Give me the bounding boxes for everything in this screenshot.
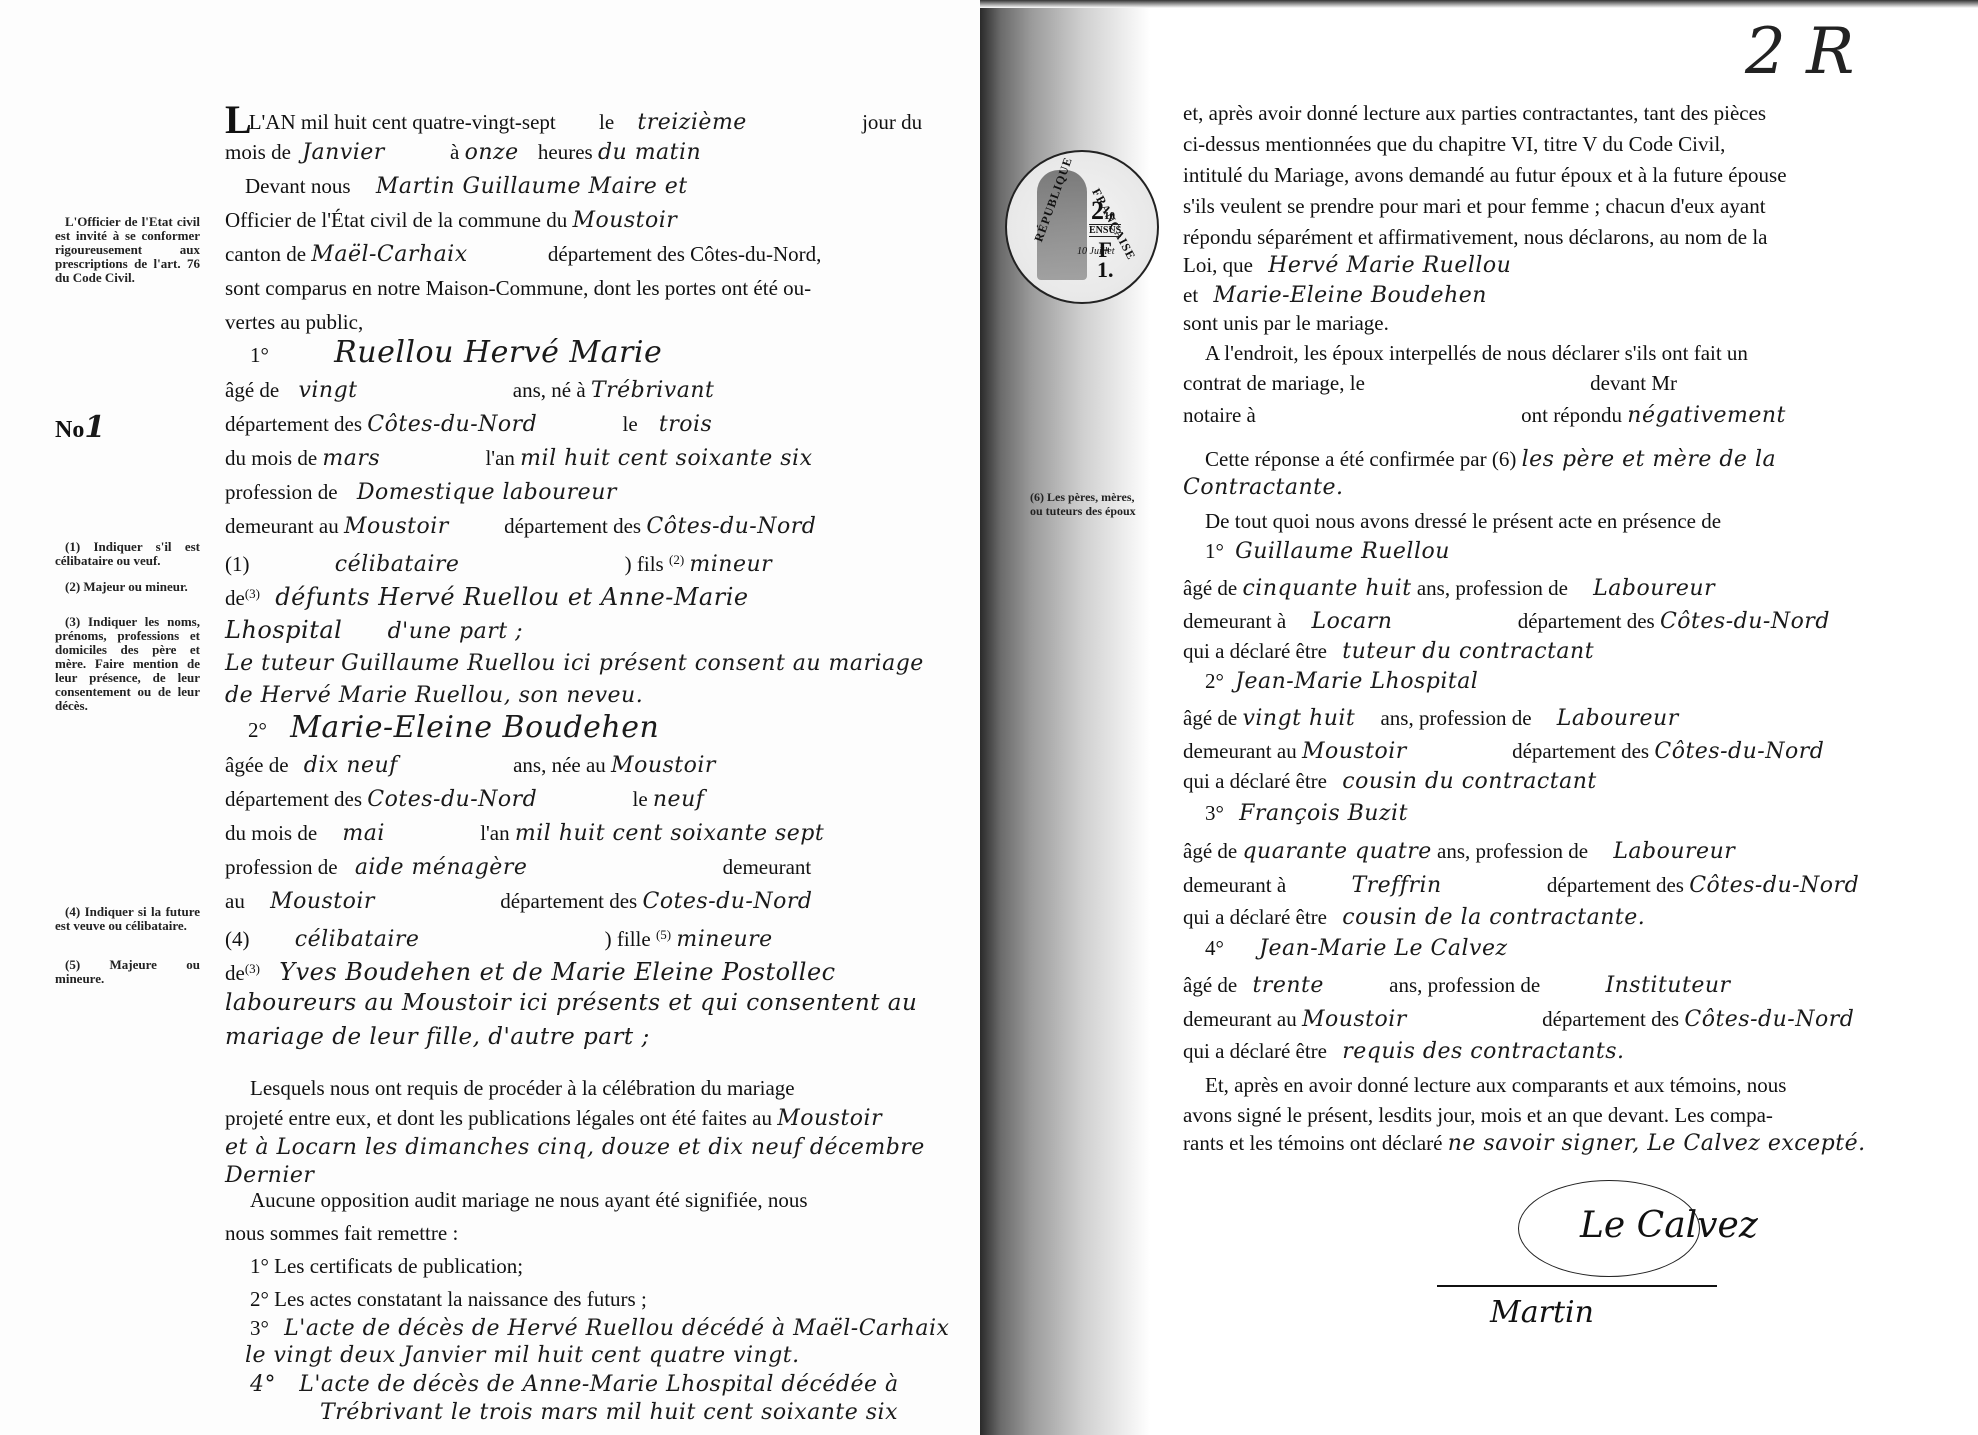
witness-3-age-line: âgé de quarante quatre ans, profession d…: [1183, 838, 1735, 865]
witness-1-age: cinquante huit: [1242, 576, 1411, 601]
ref-2: (2): [669, 552, 684, 567]
ref-5: (5): [656, 927, 671, 942]
bride-age: dix neuf: [304, 753, 398, 778]
profession-label: ans, profession de: [1437, 839, 1588, 863]
left-page: L'Officier de l'Etat civil est invité à …: [0, 0, 980, 1435]
notaire-label: notaire à: [1183, 403, 1256, 427]
bride-name-line: 2° Marie-Eleine Boudehen: [248, 715, 659, 743]
act-number-value: 1: [84, 410, 105, 445]
age-label: âgé de: [1183, 973, 1237, 997]
residence-prefix: à: [1277, 609, 1286, 633]
witness-2-dept: Côtes-du-Nord: [1654, 739, 1824, 764]
doc-ordinal: 3°: [250, 1316, 269, 1340]
margin-note-3: (3) Indiquer les noms, prénoms, professi…: [55, 615, 200, 713]
bride-name: Marie-Eleine Boudehen: [290, 710, 659, 745]
witness-2-profession: Laboureur: [1557, 706, 1679, 731]
bride-majority: mineure: [676, 927, 772, 952]
bride-month-line: du mois de mai l'an mil huit cent soixan…: [225, 820, 824, 847]
au-label: au: [225, 889, 245, 913]
profession-label: profession de: [225, 480, 338, 504]
bride-parents: Yves Boudehen et de Marie Eleine Postoll…: [279, 958, 835, 986]
declare-label: qui a déclaré être: [1183, 639, 1327, 663]
dept-label: département des: [1518, 609, 1655, 633]
lan-label: l'an: [485, 446, 514, 470]
groom-birth-dept: Côtes-du-Nord: [367, 412, 537, 437]
le-label: le: [632, 787, 647, 811]
bride-profession: aide ménagère: [355, 855, 528, 880]
bride-parents-line-2: laboureurs au Moustoir ici présents et q…: [225, 990, 917, 1016]
margin-note-1: (1) Indiquer s'il est célibataire ou veu…: [55, 540, 200, 568]
fille-label: ) fille: [605, 927, 651, 951]
closing-line-2: avons signé le présent, lesdits jour, mo…: [1183, 1102, 1773, 1128]
confirmed-line-2: Contractante.: [1183, 475, 1344, 501]
intro-line-1: LL'AN mil huit cent quatre-vingt-sept le…: [225, 105, 922, 136]
bride-residence: Moustoir: [270, 889, 375, 914]
reading-line-5: répondu séparément et affirmativement, n…: [1183, 224, 1768, 250]
witness-ordinal: 1°: [1205, 539, 1224, 563]
witness-2-relation: cousin du contractant: [1342, 769, 1596, 794]
groom-age-line: âgé de vingt ans, né à Trébrivant: [225, 377, 714, 404]
witness-4-name: Jean-Marie Le Calvez: [1259, 936, 1507, 961]
jour-du-label: jour du: [862, 110, 922, 134]
witness-2-relation-line: qui a déclaré être cousin du contractant: [1183, 768, 1597, 795]
loi-que-label: Loi, que: [1183, 253, 1253, 277]
profession-label: ans, profession de: [1417, 576, 1568, 600]
margin-note-2: (2) Majeur ou mineur.: [55, 580, 200, 594]
le-label: le: [622, 412, 637, 436]
bride-birth-month: mai: [342, 821, 385, 846]
witness-4-relation: requis des contractants.: [1342, 1039, 1624, 1064]
folio-mark: 2 R: [1745, 15, 1854, 89]
contract-line-3: notaire à ont répondu négativement: [1183, 402, 1786, 429]
bride-parents-line-1: de(3) Yves Boudehen et de Marie Eleine P…: [225, 956, 836, 986]
signing-note: ne savoir signer, Le Calvez excepté.: [1448, 1131, 1866, 1156]
witness-ordinal: 4°: [1205, 936, 1224, 960]
age-label: âgé de: [1183, 839, 1237, 863]
du-mois-de-label: du mois de: [225, 821, 317, 845]
confirmed-label: Cette réponse a été confirmée par: [1205, 447, 1487, 471]
de-label: de: [225, 586, 245, 610]
witness-1-relation: tuteur du contractant: [1342, 639, 1594, 664]
witness-3-relation: cousin de la contractante.: [1342, 905, 1645, 930]
et-bride-line: et Marie-Eleine Boudehen: [1183, 282, 1487, 309]
de-label: de: [225, 961, 245, 985]
groom-birthplace: Trébrivant: [591, 378, 714, 403]
witness-4-age: trente: [1252, 973, 1323, 998]
witness-1-residence: Locarn: [1311, 609, 1392, 634]
bride-birth-year: mil huit cent soixante sept: [515, 821, 824, 846]
publications-line-2: projeté entre eux, et dont les publicati…: [225, 1105, 882, 1132]
year-printed: L'AN mil huit cent quatre-vingt-sept: [249, 110, 556, 134]
tutor-consent-line-1: Le tuteur Guillaume Ruellou ici présent …: [225, 651, 924, 677]
groom-status: célibataire: [335, 552, 460, 577]
signature-le-calvez: Le Calvez: [1580, 1205, 1758, 1246]
witness-1-residence-line: demeurant à Locarn département des Côtes…: [1183, 608, 1830, 635]
demeurant-label: demeurant: [1183, 609, 1272, 633]
profession-label: profession de: [225, 855, 338, 879]
witness-3-name-line: 3° François Buzit: [1205, 800, 1408, 827]
canton-name: Maël-Carhaix: [311, 242, 467, 267]
reading-line-1: et, après avoir donné lecture aux partie…: [1183, 100, 1766, 126]
devant-label: devant Mr: [1590, 371, 1677, 395]
age-label: âgé de: [225, 378, 279, 402]
doc-ordinal: 4°: [250, 1372, 276, 1397]
groom-residence-line: demeurant au Moustoir département des Cô…: [225, 513, 816, 540]
groom-birth-year: mil huit cent soixante six: [520, 446, 812, 471]
demeurant-label: demeurant: [1183, 739, 1272, 763]
closing-printed: rants et les témoins ont déclaré: [1183, 1131, 1443, 1155]
witness-3-residence-line: demeurant à Treffrin département des Côt…: [1183, 872, 1859, 899]
groom-mother-surname: Lhospital: [225, 616, 342, 644]
tax-stamp: RÉPUBLIQUE FRANÇAISE 210 ENSUS F1. 10 Ju…: [1005, 150, 1159, 304]
bride-birth-day: neuf: [653, 787, 705, 812]
document-item-1: 1° Les certificats de publication;: [250, 1253, 523, 1279]
confirmed-line: Cette réponse a été confirmée par (6) le…: [1205, 446, 1776, 473]
publications-line-3: et à Locarn les dimanches cinq, douze et…: [225, 1135, 925, 1161]
residence-prefix: à: [1277, 873, 1286, 897]
intro-line-4: Officier de l'État civil de la commune d…: [225, 207, 677, 234]
witness-2-age: vingt huit: [1242, 706, 1355, 731]
opposition-line-2: nous sommes fait remettre :: [225, 1220, 458, 1246]
bride-residence-line: au Moustoir département des Cotes-du-Nor…: [225, 888, 812, 915]
stamp-value: 210: [1091, 200, 1115, 227]
declare-label: qui a déclaré être: [1183, 1039, 1327, 1063]
demeurant-label: demeurant: [1183, 873, 1272, 897]
witness-4-profession: Instituteur: [1605, 973, 1730, 998]
witness-2-residence: Moustoir: [1302, 739, 1407, 764]
commune-name: Moustoir: [572, 208, 677, 233]
contrat-label: contrat de mariage, le: [1183, 371, 1365, 395]
du-mois-de-label: du mois de: [225, 446, 317, 470]
witness-3-dept: Côtes-du-Nord: [1689, 873, 1859, 898]
dept-label: département des: [225, 787, 362, 811]
canton-label: canton de: [225, 242, 306, 266]
witness-ordinal: 3°: [1205, 801, 1224, 825]
intro-line-7: vertes au public,: [225, 309, 363, 335]
departement-printed: département des Côtes-du-Nord,: [548, 242, 822, 266]
groom-ordinal: 1°: [250, 343, 269, 367]
lan-label: l'an: [480, 821, 509, 845]
intro-line-3: Devant nous Martin Guillaume Maire et: [245, 173, 688, 200]
witness-3-residence: Treffrin: [1351, 873, 1441, 898]
groom-birth-day: trois: [659, 412, 712, 437]
residence-prefix: au: [1277, 739, 1297, 763]
bride-profession-line: profession de aide ménagère demeurant: [225, 854, 811, 881]
ref-3: (3): [245, 586, 260, 601]
united-groom-name: Hervé Marie Ruellou: [1268, 253, 1511, 278]
document-item-4-cont: Trébrivant le trois mars mil huit cent s…: [320, 1400, 898, 1426]
margin-note-officer: L'Officier de l'Etat civil est invité à …: [55, 215, 200, 285]
witness-4-relation-line: qui a déclaré être requis des contractan…: [1183, 1038, 1625, 1065]
bride-status: célibataire: [295, 927, 420, 952]
dept-label: département des: [1512, 739, 1649, 763]
margin-note-5: (5) Majeure ou mineure.: [55, 958, 200, 986]
act-number-label: No: [55, 417, 84, 443]
bride-dept-line: département des Cotes-du-Nord le neuf: [225, 786, 704, 813]
doc-ordinal: 2°: [250, 1287, 269, 1311]
ans-ne-a-label: ans, né à: [513, 378, 586, 402]
confirmed-by: les père et mère de la: [1522, 447, 1776, 472]
document-item-3: 3° L'acte de décès de Hervé Ruellou décé…: [250, 1315, 949, 1342]
margin-note-6: (6) Les pères, mères, ou tuteurs des épo…: [1030, 490, 1150, 518]
intro-line-6: sont comparus en notre Maison-Commune, d…: [225, 275, 811, 301]
groom-parents-line-2: Lhospital d'une part ;: [225, 617, 523, 645]
witness-4-dept: Côtes-du-Nord: [1684, 1007, 1854, 1032]
groom-profession: Domestique laboureur: [357, 480, 617, 505]
groom-dept-line: département des Côtes-du-Nord le trois: [225, 411, 712, 438]
publications-line-1: Lesquels nous ont requis de procéder à l…: [250, 1075, 795, 1101]
witness-4-age-line: âgé de trente ans, profession de Institu…: [1183, 972, 1731, 999]
doc-ordinal: 1°: [250, 1254, 269, 1278]
a-label: à: [450, 140, 459, 164]
reading-line-3: intitulé du Mariage, avons demandé au fu…: [1183, 162, 1787, 188]
groom-res-dept: Côtes-du-Nord: [646, 514, 816, 539]
groom-profession-line: profession de Domestique laboureur: [225, 479, 617, 506]
declare-label: qui a déclaré être: [1183, 905, 1327, 929]
ref-6: (6): [1492, 447, 1517, 471]
bride-res-dept: Cotes-du-Nord: [642, 889, 812, 914]
publications-line-4: Dernier: [225, 1163, 314, 1189]
witness-1-name-line: 1° Guillaume Ruellou: [1205, 538, 1450, 565]
heures-label: heures: [538, 140, 593, 164]
repondu-label: ont répondu: [1521, 403, 1622, 427]
witness-2-name-line: 2° Jean-Marie Lhospital: [1205, 668, 1478, 695]
loi-que-line: Loi, que Hervé Marie Ruellou: [1183, 252, 1511, 279]
witness-3-age: quarante quatre: [1242, 839, 1431, 864]
intro-line-5: canton de Maël-Carhaix département des C…: [225, 241, 821, 268]
demeurant-label: demeurant: [723, 855, 812, 879]
witness-4-name-line: 4° Jean-Marie Le Calvez: [1205, 935, 1508, 962]
officer-name: Martin Guillaume Maire et: [376, 174, 688, 199]
marriage-day: treizième: [637, 110, 746, 135]
demeurant-label: demeurant: [1183, 1007, 1272, 1031]
signature-rule: [1437, 1285, 1717, 1287]
bride-parents-line-3: mariage de leur fille, d'autre part ;: [225, 1024, 650, 1050]
officier-label: Officier de l'État civil de la commune d…: [225, 208, 567, 232]
profession-label: ans, profession de: [1380, 706, 1531, 730]
witness-3-name: François Buzit: [1239, 801, 1408, 826]
publication-place: Moustoir: [777, 1106, 882, 1131]
doc-text: L'acte de décès de Anne-Marie Lhospital …: [299, 1372, 898, 1397]
closing-line-1: Et, après en avoir donné lecture aux com…: [1205, 1072, 1786, 1098]
witness-1-age-line: âgé de cinquante huit ans, profession de…: [1183, 575, 1715, 602]
doc-text: L'acte de décès de Hervé Ruellou décédé …: [284, 1316, 949, 1341]
groom-name: Ruellou Hervé Marie: [334, 335, 662, 370]
closing-line-3: rants et les témoins ont déclaré ne savo…: [1183, 1130, 1866, 1157]
document-item-3-cont: le vingt deux Janvier mil huit cent quat…: [245, 1343, 800, 1369]
act-number: No1: [55, 410, 106, 445]
witnesses-intro: De tout quoi nous avons dressé le présen…: [1205, 508, 1721, 534]
bride-ordinal: 2°: [248, 718, 267, 742]
witness-1-dept: Côtes-du-Nord: [1660, 609, 1830, 634]
groom-majority: mineur: [689, 552, 772, 577]
witness-ordinal: 2°: [1205, 669, 1224, 693]
contract-line-1: A l'endroit, les époux interpellés de no…: [1205, 340, 1748, 366]
dept-label: département des: [1547, 873, 1684, 897]
stamp-census: ENSUS: [1089, 224, 1121, 237]
groom-name-line: 1° Ruellou Hervé Marie: [250, 340, 662, 368]
stamp-date: 10 Juillet: [1077, 246, 1115, 257]
united-bride-name: Marie-Eleine Boudehen: [1213, 283, 1487, 308]
groom-parents: défunts Hervé Ruellou et Anne-Marie: [275, 583, 748, 611]
bride-birthplace: Moustoir: [611, 753, 716, 778]
residence-prefix: au: [1277, 1007, 1297, 1031]
groom-residence: Moustoir: [344, 514, 449, 539]
witness-2-residence-line: demeurant au Moustoir département des Cô…: [1183, 738, 1824, 765]
groom-age: vingt: [298, 378, 357, 403]
bride-age-line: âgée de dix neuf ans, née au Moustoir: [225, 752, 716, 779]
dune-part: d'une part ;: [388, 619, 523, 644]
fils-label: ) fils: [625, 552, 664, 576]
intro-line-2: mois de Janvier à onze heures du matin: [225, 139, 701, 166]
age-label: âgé de: [1183, 576, 1237, 600]
doc-text: Les actes constatant la naissance des fu…: [274, 1287, 647, 1311]
witness-1-relation-line: qui a déclaré être tuteur du contractant: [1183, 638, 1594, 665]
bride-birth-dept: Cotes-du-Nord: [367, 787, 537, 812]
declare-label: qui a déclaré être: [1183, 769, 1327, 793]
reading-line-4: s'ils veulent se prendre pour mari et po…: [1183, 193, 1766, 219]
ref-1: (1): [225, 552, 250, 576]
witness-2-name: Jean-Marie Lhospital: [1235, 669, 1478, 694]
dept-label: département des: [504, 514, 641, 538]
margin-note-4: (4) Indiquer si la future est veuve ou c…: [55, 905, 200, 933]
bride-status-line: (4) célibataire ) fille (5) mineure: [225, 922, 773, 953]
time-of-day: du matin: [598, 140, 701, 165]
publications-printed: projeté entre eux, et dont les publicati…: [225, 1106, 772, 1130]
marriage-hour: onze: [465, 140, 519, 165]
dept-label: département des: [1542, 1007, 1679, 1031]
unis-line: sont unis par le mariage.: [1183, 310, 1389, 336]
dept-label: département des: [225, 412, 362, 436]
witness-4-residence-line: demeurant au Moustoir département des Cô…: [1183, 1006, 1854, 1033]
page-top-edge: [980, 0, 1978, 8]
witness-3-profession: Laboureur: [1613, 839, 1735, 864]
age-label: âgée de: [225, 753, 289, 777]
le-label: le: [599, 110, 614, 134]
groom-status-line: (1) célibataire ) fils (2) mineur: [225, 547, 772, 578]
witness-4-residence: Moustoir: [1302, 1007, 1407, 1032]
ref-4: (4): [225, 927, 250, 951]
ref-3: (3): [245, 961, 260, 976]
ans-nee-au-label: ans, née au: [513, 753, 606, 777]
et-label: et: [1183, 283, 1198, 307]
opposition-line-1: Aucune opposition audit mariage ne nous …: [250, 1187, 808, 1213]
dept-label: département des: [500, 889, 637, 913]
groom-birth-month: mars: [322, 446, 380, 471]
groom-month-line: du mois de mars l'an mil huit cent soixa…: [225, 445, 813, 472]
reading-line-2: ci-dessus mentionnées que du chapitre VI…: [1183, 131, 1725, 157]
demeurant-label: demeurant au: [225, 514, 339, 538]
signature-martin: Martin: [1490, 1295, 1594, 1330]
contract-answer: négativement: [1627, 403, 1786, 428]
witness-1-name: Guillaume Ruellou: [1235, 539, 1450, 564]
doc-text: Les certificats de publication;: [274, 1254, 523, 1278]
marriage-month: Janvier: [302, 140, 385, 165]
document-item-2: 2° Les actes constatant la naissance des…: [250, 1286, 647, 1312]
devant-nous-label: Devant nous: [245, 174, 351, 198]
contract-line-2: contrat de mariage, le devant Mr: [1183, 370, 1677, 396]
witness-1-profession: Laboureur: [1593, 576, 1715, 601]
mois-de-label: mois de: [225, 140, 291, 164]
tutor-consent-line-2: de Hervé Marie Ruellou, son neveu.: [225, 683, 643, 709]
witness-3-relation-line: qui a déclaré être cousin de la contract…: [1183, 904, 1645, 931]
profession-label: ans, profession de: [1389, 973, 1540, 997]
witness-2-age-line: âgé de vingt huit ans, profession de Lab…: [1183, 705, 1679, 732]
document-item-4: 4° L'acte de décès de Anne-Marie Lhospit…: [250, 1371, 899, 1398]
age-label: âgé de: [1183, 706, 1237, 730]
groom-parents-line-1: de(3) défunts Hervé Ruellou et Anne-Mari…: [225, 581, 749, 611]
